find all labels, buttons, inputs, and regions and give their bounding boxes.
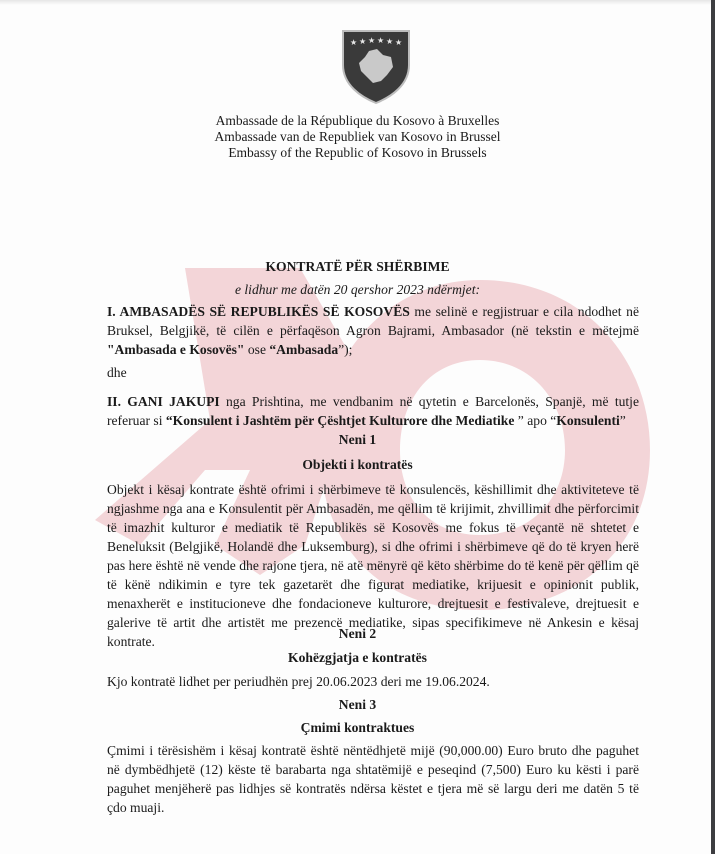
conjunction-and: dhe <box>107 363 639 382</box>
svg-text:★: ★ <box>359 37 366 46</box>
party-1-name: I. AMBASADËS SË REPUBLIKËS SË KOSOVËS <box>107 304 410 319</box>
article-3-number: Neni 3 <box>0 697 715 713</box>
top-shadow <box>0 0 712 5</box>
party-2: II. GANI JAKUPI nga Prishtina, me vendba… <box>107 392 639 430</box>
window-edge-scrollbar[interactable] <box>711 0 715 854</box>
article-1-number: Neni 1 <box>0 432 715 448</box>
party-2-name: II. GANI JAKUPI <box>107 394 220 409</box>
embassy-name-fr: Ambassade de la République du Kosovo à B… <box>0 113 715 129</box>
embassy-name-en: Embassy of the Republic of Kosovo in Bru… <box>0 145 715 161</box>
article-1-heading: Objekti i kontratës <box>0 457 715 473</box>
svg-text:★: ★ <box>368 36 375 45</box>
svg-text:★: ★ <box>350 38 357 47</box>
article-2-body: Kjo kontratë lidhet per periudhën prej 2… <box>107 672 639 691</box>
party-1: I. AMBASADËS SË REPUBLIKËS SË KOSOVËS me… <box>107 302 639 359</box>
article-3-body: Çmimi i tërësishëm i kësaj kontratë ësht… <box>107 741 639 817</box>
svg-text:★: ★ <box>395 38 402 47</box>
svg-text:★: ★ <box>386 37 393 46</box>
kosovo-coat-of-arms-icon: ★ ★ ★ ★ ★ ★ <box>339 25 413 105</box>
embassy-name-nl: Ambassade van de Republiek van Kosovo in… <box>0 129 715 145</box>
svg-text:★: ★ <box>377 36 384 45</box>
document-title: KONTRATË PËR SHËRBIME <box>0 259 715 275</box>
article-2-heading: Kohëzgjatja e kontratës <box>0 650 715 666</box>
article-3-heading: Çmimi kontraktues <box>0 720 715 736</box>
article-2-number: Neni 2 <box>0 626 715 642</box>
document-subtitle: e lidhur me datën 20 qershor 2023 ndërmj… <box>0 282 715 298</box>
